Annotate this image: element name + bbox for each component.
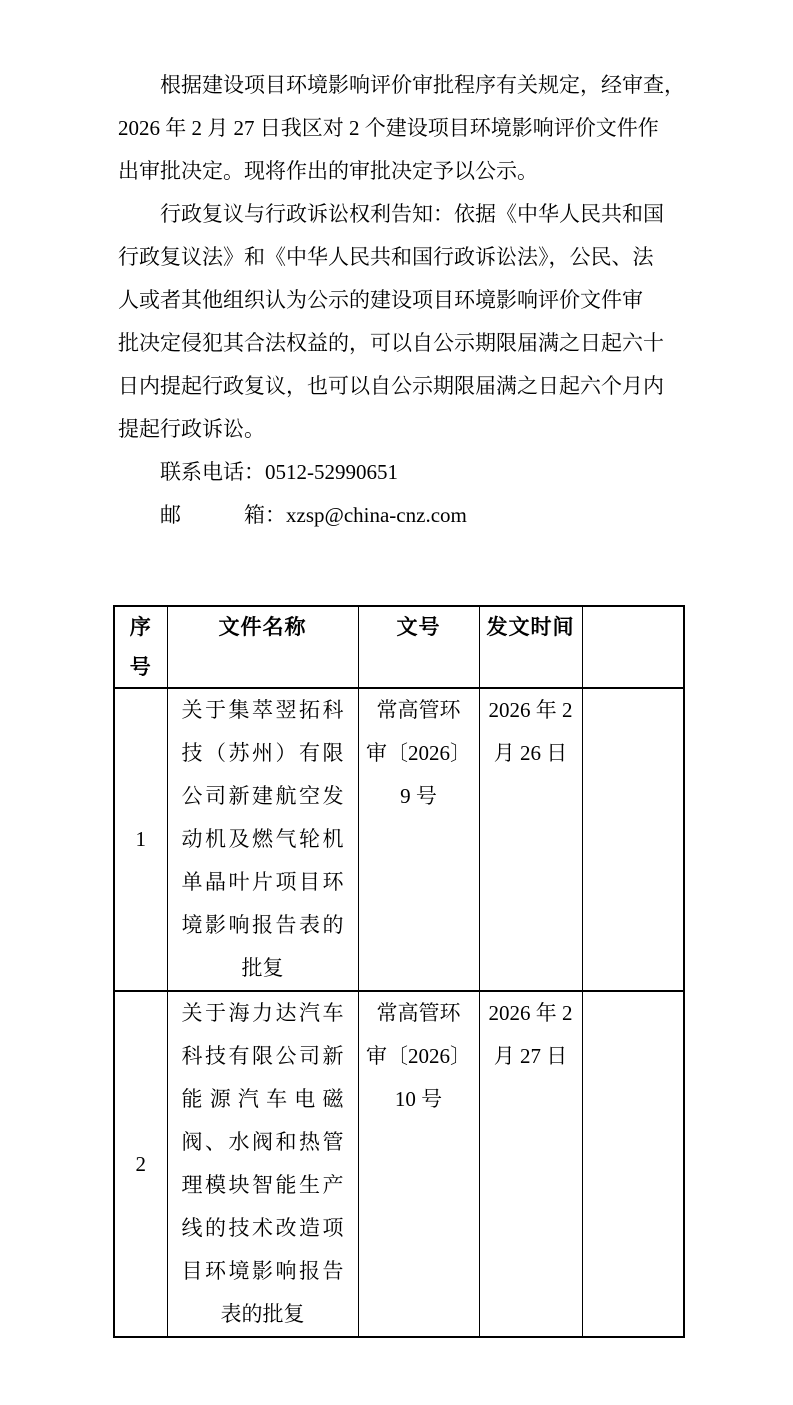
paragraph-approval-notice: 根据建设项目环境影响评价审批程序有关规定，经审查， 2026 年 2 月 27 … — [118, 64, 696, 193]
header-cell-issue-date: 发文时间 — [479, 606, 582, 688]
row2-file-name-cell: 关于海力达汽车科技有限公司新能源汽车电磁阀、水阀和热管理模块智能生产线的技术改造… — [167, 991, 358, 1337]
table-body: 1 关于集萃翌拓科技（苏州）有限公司新建航空发动机及燃气轮机单晶叶片项目环境影响… — [114, 688, 684, 1337]
contact-email-line: 邮 箱：xzsp@china-cnz.com — [118, 494, 696, 537]
row2-issue-date-cell: 2026 年 2 月 27 日 — [479, 991, 582, 1337]
header-cell-doc-number: 文号 — [358, 606, 479, 688]
table-row-1: 1 关于集萃翌拓科技（苏州）有限公司新建航空发动机及燃气轮机单晶叶片项目环境影响… — [114, 688, 684, 991]
table-row-2: 2 关于海力达汽车科技有限公司新能源汽车电磁阀、水阀和热管理模块智能生产线的技术… — [114, 991, 684, 1337]
contact-phone-line: 联系电话：0512-52990651 — [118, 451, 696, 494]
row2-blank-cell — [582, 991, 684, 1337]
row2-doc-number-cell: 常高管环 审〔2026〕 10 号 — [358, 991, 479, 1337]
row1-doc-number-cell: 常高管环 审〔2026〕 9 号 — [358, 688, 479, 991]
document-body: 根据建设项目环境影响评价审批程序有关规定，经审查， 2026 年 2 月 27 … — [118, 64, 696, 537]
paragraph-rights-notice: 行政复议与行政诉讼权利告知：依据《中华人民共和国 行政复议法》和《中华人民共和国… — [118, 193, 696, 451]
row1-blank-cell — [582, 688, 684, 991]
table-header: 序 号 文件名称 文号 发文时间 — [114, 606, 684, 688]
row2-seq-cell: 2 — [114, 991, 167, 1337]
row1-file-name-cell: 关于集萃翌拓科技（苏州）有限公司新建航空发动机及燃气轮机单晶叶片项目环境影响报告… — [167, 688, 358, 991]
header-cell-file-name: 文件名称 — [167, 606, 358, 688]
approval-decisions-table: 序 号 文件名称 文号 发文时间 1 关于集萃翌拓科技（苏州）有限公司新建航空发… — [113, 605, 685, 1338]
table-header-row: 序 号 文件名称 文号 发文时间 — [114, 606, 684, 688]
document-page: 根据建设项目环境影响评价审批程序有关规定，经审查， 2026 年 2 月 27 … — [0, 0, 793, 1405]
row1-seq-cell: 1 — [114, 688, 167, 991]
header-cell-seq: 序 号 — [114, 606, 167, 688]
row1-issue-date-cell: 2026 年 2 月 26 日 — [479, 688, 582, 991]
header-cell-blank — [582, 606, 684, 688]
